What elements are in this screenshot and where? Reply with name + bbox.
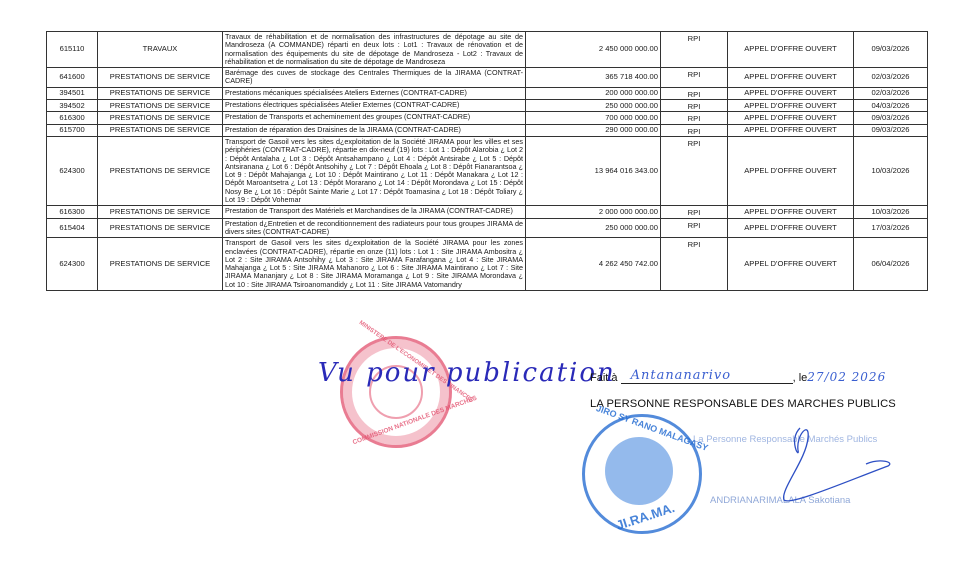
description: Transport de Gasoil vers les sites d¿exp… (223, 136, 526, 205)
date-handwriting: 27/02 2026 (807, 370, 886, 384)
nature: PRESTATIONS DE SERVICE (98, 68, 223, 88)
procurement-mode: APPEL D'OFFRE OUVERT (728, 68, 854, 88)
launch-date: 09/03/2026 (854, 124, 928, 136)
description: Prestation de Transports et acheminement… (223, 112, 526, 124)
nature: PRESTATIONS DE SERVICE (98, 124, 223, 136)
estimated-amount: 365 718 400.00 (526, 68, 661, 88)
account-code: 394501 (47, 87, 98, 99)
nature: PRESTATIONS DE SERVICE (98, 238, 223, 291)
procurement-mode: APPEL D'OFFRE OUVERT (728, 100, 854, 112)
description: Prestation de Transport des Matériels et… (223, 206, 526, 218)
procurement-mode: APPEL D'OFFRE OUVERT (728, 112, 854, 124)
estimated-amount: 700 000 000.00 (526, 112, 661, 124)
account-code: 615110 (47, 32, 98, 68)
funding-source: RPI (661, 112, 728, 124)
description: Barémage des cuves de stockage des Centr… (223, 68, 526, 88)
account-code: 624300 (47, 136, 98, 205)
table-row: 624300 PRESTATIONS DE SERVICE Transport … (47, 238, 928, 291)
table-row: 615700 PRESTATIONS DE SERVICE Prestation… (47, 124, 928, 136)
nature: TRAVAUX (98, 32, 223, 68)
launch-date: 02/03/2026 (854, 87, 928, 99)
procurement-mode: APPEL D'OFFRE OUVERT (728, 87, 854, 99)
place-date-line: Fait à Antananarivo , le27/02 2026 (590, 370, 886, 384)
nature: PRESTATIONS DE SERVICE (98, 218, 223, 238)
place-handwriting: Antananarivo (631, 368, 732, 383)
table-row: 615110 TRAVAUX Travaux de réhabilitation… (47, 32, 928, 68)
launch-date: 09/03/2026 (854, 32, 928, 68)
jirama-stamp: JIRO SY RANO MALAGASY JI.RA.MA. (582, 414, 702, 534)
funding-source: RPI (661, 124, 728, 136)
procurement-mode: APPEL D'OFFRE OUVERT (728, 238, 854, 291)
table-row: 616300 PRESTATIONS DE SERVICE Prestation… (47, 112, 928, 124)
table-row: 394501 PRESTATIONS DE SERVICE Prestation… (47, 87, 928, 99)
jirama-stamp-emblem (605, 437, 673, 505)
funding-source: RPI (661, 100, 728, 112)
account-code: 615700 (47, 124, 98, 136)
procurement-mode: APPEL D'OFFRE OUVERT (728, 218, 854, 238)
funding-source: RPI (661, 218, 728, 238)
launch-date: 06/04/2026 (854, 238, 928, 291)
table-row: 615404 PRESTATIONS DE SERVICE Prestation… (47, 218, 928, 238)
procurement-mode: APPEL D'OFFRE OUVERT (728, 206, 854, 218)
table-row: 641600 PRESTATIONS DE SERVICE Barémage d… (47, 68, 928, 88)
launch-date: 10/03/2026 (854, 206, 928, 218)
procurement-mode: APPEL D'OFFRE OUVERT (728, 124, 854, 136)
date-prefix: , le (793, 372, 808, 384)
description: Prestations mécaniques spécialisées Atel… (223, 87, 526, 99)
signature-icon (770, 420, 900, 510)
estimated-amount: 2 000 000 000.00 (526, 206, 661, 218)
account-code: 616300 (47, 112, 98, 124)
place-field: Antananarivo (621, 371, 793, 384)
description: Prestation d¿Entretien et de recondition… (223, 218, 526, 238)
table-row: 394502 PRESTATIONS DE SERVICE Prestation… (47, 100, 928, 112)
funding-source: RPI (661, 32, 728, 68)
nature: PRESTATIONS DE SERVICE (98, 100, 223, 112)
jirama-stamp-text-bottom: JI.RA.MA. (614, 500, 676, 533)
procurement-mode: APPEL D'OFFRE OUVERT (728, 32, 854, 68)
description: Travaux de réhabilitation et de normalis… (223, 32, 526, 68)
funding-source: RPI (661, 238, 728, 291)
account-code: 615404 (47, 218, 98, 238)
estimated-amount: 2 450 000 000.00 (526, 32, 661, 68)
launch-date: 04/03/2026 (854, 100, 928, 112)
description: Prestation de réparation des Draisines d… (223, 124, 526, 136)
nature: PRESTATIONS DE SERVICE (98, 206, 223, 218)
signatory-title: LA PERSONNE RESPONSABLE DES MARCHES PUBL… (590, 398, 896, 410)
procurement-plan-table: 615110 TRAVAUX Travaux de réhabilitation… (46, 31, 928, 291)
nature: PRESTATIONS DE SERVICE (98, 87, 223, 99)
funding-source: RPI (661, 206, 728, 218)
launch-date: 09/03/2026 (854, 112, 928, 124)
estimated-amount: 4 262 450 742.00 (526, 238, 661, 291)
estimated-amount: 200 000 000.00 (526, 87, 661, 99)
description: Transport de Gasoil vers les sites d¿exp… (223, 238, 526, 291)
procurement-mode: APPEL D'OFFRE OUVERT (728, 136, 854, 205)
estimated-amount: 250 000 000.00 (526, 218, 661, 238)
account-code: 394502 (47, 100, 98, 112)
funding-source: RPI (661, 87, 728, 99)
nature: PRESTATIONS DE SERVICE (98, 136, 223, 205)
fait-a-label: Fait à (590, 372, 618, 384)
nature: PRESTATIONS DE SERVICE (98, 112, 223, 124)
visa-handwriting: Vu pour publication (318, 358, 616, 388)
description: Prestations électriques spécialisées Ate… (223, 100, 526, 112)
funding-source: RPI (661, 136, 728, 205)
table-row: 616300 PRESTATIONS DE SERVICE Prestation… (47, 206, 928, 218)
account-code: 624300 (47, 238, 98, 291)
launch-date: 17/03/2026 (854, 218, 928, 238)
estimated-amount: 13 964 016 343.00 (526, 136, 661, 205)
launch-date: 02/03/2026 (854, 68, 928, 88)
account-code: 616300 (47, 206, 98, 218)
estimated-amount: 290 000 000.00 (526, 124, 661, 136)
launch-date: 10/03/2026 (854, 136, 928, 205)
cnm-stamp: MINISTERE DE L'ECONOMIE ET DES FINANCES … (340, 336, 452, 448)
account-code: 641600 (47, 68, 98, 88)
table-row: 624300 PRESTATIONS DE SERVICE Transport … (47, 136, 928, 205)
estimated-amount: 250 000 000.00 (526, 100, 661, 112)
funding-source: RPI (661, 68, 728, 88)
